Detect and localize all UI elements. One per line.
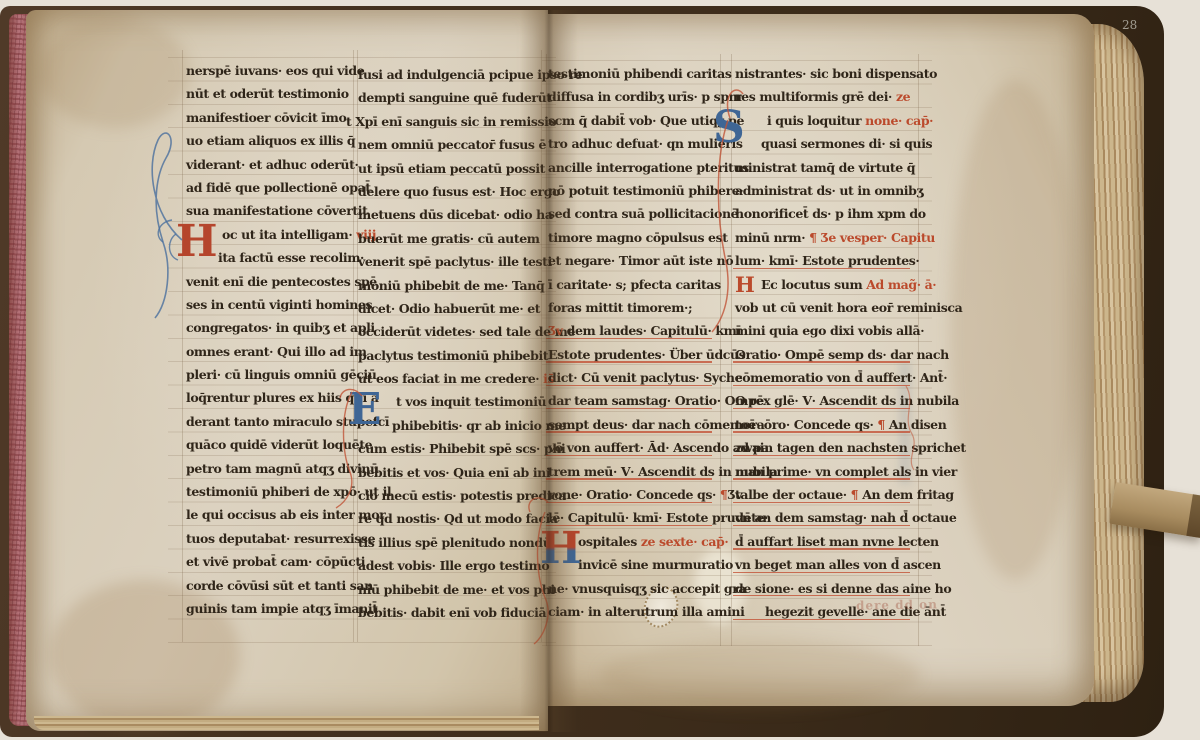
ink-text: uo etiam aliquos ex illis q̄: [186, 133, 355, 148]
ink-text: tuos deputabat· resurrexisse: [186, 531, 375, 546]
parchment-stain: [600, 640, 920, 710]
ink-text: O rex glē· V· Ascendit ds in nubila: [735, 393, 959, 408]
ink-text: Oratio· Ompē semp ds· dar nach: [735, 347, 949, 362]
text-line: cōmemoratio von d̄ auffert· Ant̄·: [735, 366, 918, 389]
text-line: niū phibebit de me· et vos phi: [358, 578, 540, 601]
text-line: derant tanto miraculo stupefcī: [186, 410, 354, 433]
text-line: fusi ad indulgenciā pcipue ipso re: [358, 63, 540, 86]
illuminated-initial-S: S: [713, 105, 744, 151]
bleed-through-text: dere dd on: [856, 597, 938, 612]
ink-text: manifestioer cōvicit īmo: [186, 110, 346, 125]
text-line: quasi sermones di· si quis: [735, 132, 918, 155]
text-line: tis illius spē plenitudo nondū: [358, 531, 540, 554]
text-line: d̄ auffart liset man nvne lecten: [735, 530, 918, 553]
text-line: ut ipsū etiam peccatū possit: [358, 157, 540, 180]
ink-text: honorificet̄ ds· p ihm xpm do: [735, 206, 926, 221]
rubric-text: ¶ Ʒe vesper· Capitu: [809, 230, 935, 245]
ink-text: ses in centū viginti homines: [186, 297, 372, 312]
ink-text: le qui occisus ab eis inter mor: [186, 507, 385, 522]
ink-text: res multiformis grē dei·: [735, 89, 896, 104]
text-line: quāco quidē viderūt loquēte: [186, 433, 354, 456]
ink-text: de sione· es si denne das aine ho: [735, 581, 951, 596]
text-line: Oratio· Ompē semp ds· dar nach: [735, 343, 918, 366]
ink-text: dicet· Odio habuerūt me· et: [358, 301, 540, 316]
ink-text: petro tam magnū atqʒ divinū: [186, 461, 379, 476]
text-line: zwain tagen den nachsten sprichet: [735, 436, 918, 459]
ink-text: sempt deus· dar nach cōmemora: [548, 417, 764, 432]
ink-text: moniū phibebit de me· Tanq̄: [358, 278, 544, 293]
text-line: congregatos· in quibʒ et apli: [186, 316, 354, 339]
illuminated-initial-H: H: [735, 273, 754, 296]
rubric-text: ze: [896, 89, 910, 104]
rubric-text: none· cap̄·: [865, 113, 933, 128]
ink-text: quāco quidē viderūt loquēte: [186, 437, 372, 452]
gutter-fold-shadow: [520, 10, 578, 732]
text-line: adest vobis· Ille ergo testimo: [358, 554, 540, 577]
text-line: le qui occisus ab eis inter mor: [186, 503, 354, 526]
text-line: dempti sanguine quē fuderūt·: [358, 86, 540, 109]
text-line: bebitis· dabit enī vob fiduciā: [358, 601, 540, 624]
text-line: venerit spē paclytus· ille testi: [358, 250, 540, 273]
ink-text: et vivē probat̄ cam· cōpūcti: [186, 554, 365, 569]
ink-text: Ec locutus sum: [761, 277, 866, 292]
text-line: loq̄rentur plures ex hiis qui a: [186, 386, 354, 409]
ink-text: i quis loquitur: [767, 113, 865, 128]
text-line: metuens dūs dicebat· odio ha: [358, 203, 540, 226]
ink-text: t: [346, 114, 355, 129]
text-line: vn an dem samstag· nah d̄ octaue: [735, 506, 918, 529]
text-line: pleri· cū linguis omniū gēciū: [186, 363, 354, 386]
ink-text: administrat ds· ut in omnibʒ: [735, 183, 923, 198]
ink-text: quasi sermones di· si quis: [761, 136, 932, 151]
text-line: paclytus testimoniū phibebit: [358, 344, 540, 367]
text-line: re qd nostis· Qd ut modo facia: [358, 507, 540, 530]
ink-text: dem laudes· Capitulū· kmī: [567, 323, 741, 338]
bottom-page-edges: [34, 716, 539, 730]
ink-text: vn an dem samstag· nah d̄ octaue: [735, 510, 956, 525]
text-line: buerūt me gratis· cū autem: [358, 227, 540, 250]
text-line: manifestioer cōvicit īmo: [186, 106, 354, 129]
text-line: nistrantes· sic boni dispensato: [735, 62, 918, 85]
ink-text: vn beget man alles von d̄ ascen: [735, 557, 941, 572]
folio-number: 28: [1122, 18, 1137, 32]
text-line: honorificet̄ ds· p ihm xpm do: [735, 202, 918, 225]
text-line: Ec locutus sum Ad mag̃· ā·: [735, 273, 918, 296]
text-line: lum· kmī· Estote prudentes·: [735, 249, 918, 272]
ink-text: cōmemoratio von d̄ auffert· Ant̄·: [735, 370, 947, 385]
text-line: ad fidē que pollectionē opat̄: [186, 176, 354, 199]
ink-text: venit enī die pentecostes spē: [186, 274, 377, 289]
ink-text: man prime· vn complet als in vier: [735, 464, 957, 479]
text-line: vn beget man alles von d̄ ascen: [735, 553, 918, 576]
text-line: cum estis· Phibebit spē scs· phi: [358, 437, 540, 460]
ink-text: dar team samstag· Oratio· Ompē: [548, 393, 764, 408]
text-line: uo etiam aliquos ex illis q̄: [186, 129, 354, 152]
ink-text: invicē sine murmuratio: [578, 557, 733, 572]
text-line: moniū phibebit de me· Tanq̄: [358, 274, 540, 297]
ink-text: oc ut ita intelligam·: [222, 227, 356, 242]
text-line: phibebitis· qr ab inicio me: [358, 414, 540, 437]
ink-text: mini quia ego dixi vobis allā·: [735, 323, 924, 338]
text-line: nūt et oderūt testimonio: [186, 82, 354, 105]
text-line: bebitis et vos· Quia enī ab ini: [358, 461, 540, 484]
ink-text: minū nrm·: [735, 230, 809, 245]
ink-text: ministrat tamq̄ de virtute q̄: [735, 160, 915, 175]
text-line: ut eos faciat in me credere· is̄: [358, 367, 540, 390]
ink-text: buerūt me gratis· cū autem: [358, 231, 540, 246]
ink-text: ita factū esse recolim·: [218, 250, 364, 265]
text-line: et vivē probat̄ cam· cōpūcti: [186, 550, 354, 573]
rubric-text: ¶: [851, 487, 863, 502]
ink-text: nūt et oderūt testimonio: [186, 86, 349, 101]
ink-text: guinis tam impie atqʒ īmanit̄: [186, 601, 378, 616]
text-line: man prime· vn complet als in vier: [735, 460, 918, 483]
ink-text: omnes erant· Qui illo ad im: [186, 344, 367, 359]
text-line: minū nrm· ¶ Ʒe vesper· Capitu: [735, 226, 918, 249]
rubric-text: ze sexte· cap̄·: [641, 534, 728, 549]
ink-text: talbe der octaue·: [735, 487, 851, 502]
text-line: testimoniū phiberi de xpō· ut il: [186, 480, 354, 503]
ink-text: pleri· cū linguis omniū gēciū: [186, 367, 376, 382]
text-line: mini quia ego dixi vobis allā·: [735, 319, 918, 342]
text-line: viderant· et adhuc oderūt·: [186, 153, 354, 176]
ink-text: nistrantes· sic boni dispensato: [735, 66, 937, 81]
rubric-text: Ad mag̃· ā·: [866, 277, 936, 292]
text-line: ses in centū viginti homines: [186, 293, 354, 316]
text-line: O rex glē· V· Ascendit ds in nubila: [735, 389, 918, 412]
rubric-text: ¶: [877, 417, 889, 432]
ink-text: bebitis· dabit enī vob fiduciā: [358, 605, 546, 620]
ink-text: lum· kmī· Estote prudentes·: [735, 253, 919, 268]
text-line: cio mecū estis· potestis predica: [358, 484, 540, 507]
text-line: venit enī die pentecostes spē: [186, 270, 354, 293]
text-line: petro tam magnū atqʒ divinū: [186, 457, 354, 480]
text-line: toē· ōro· Concede qs· ¶ An disen: [735, 413, 918, 436]
text-line: nerspē iuvans· eos qui vide: [186, 59, 354, 82]
ink-text: zwain tagen den nachsten sprichet: [735, 440, 966, 455]
ink-text: congregatos· in quibʒ et apli: [186, 320, 375, 335]
text-line: res multiformis grē dei· ze: [735, 85, 918, 108]
text-column-left-a: nerspē iuvans· eos qui videnūt et oderūt…: [186, 59, 354, 620]
parchment-stain: [950, 80, 1080, 580]
text-column-left-b: fusi ad indulgenciā pcipue ipso redempti…: [358, 63, 540, 624]
manuscript-photo: nerspē iuvans· eos qui videnūt et oderūt…: [0, 0, 1200, 740]
ink-text: d̄ auffart liset man nvne lecten: [735, 534, 939, 549]
text-line: omnes erant· Qui illo ad im: [186, 340, 354, 363]
ink-text: ut ipsū etiam peccatū possit: [358, 161, 545, 176]
ink-text: ancille interrogatione pteritus: [548, 160, 749, 175]
ink-text: vob ut cū venit hora eor̄ reminisca: [735, 300, 962, 315]
ruling-vertical: [182, 50, 183, 642]
text-line: i quis loquitur none· cap̄·: [735, 109, 918, 132]
ink-text: ospitales: [578, 534, 641, 549]
illuminated-initial-H: H: [176, 219, 217, 265]
ink-text: ut eos faciat in me credere·: [358, 371, 543, 386]
ink-text: corde cōvūsi sūt et tanti san: [186, 578, 373, 593]
ink-text: toē· ōro· Concede qs·: [735, 417, 877, 432]
ink-text: An disen: [889, 417, 947, 432]
text-line: tuos deputabat· resurrexisse: [186, 527, 354, 550]
text-line: occiderūt videtes· sed tale de me: [358, 320, 540, 343]
ink-text: An dem fritag: [862, 487, 954, 502]
text-line: talbe der octaue· ¶ An dem fritag: [735, 483, 918, 506]
text-line: nem omniū peccator̄ fusus ē: [358, 133, 540, 156]
text-line: administrat ds· ut in omnibʒ: [735, 179, 918, 202]
text-line: dicet· Odio habuerūt me· et: [358, 297, 540, 320]
illuminated-initial-E: E: [348, 387, 381, 433]
ink-text: ad fidē que pollectionē opat̄: [186, 180, 371, 195]
text-line: de sione· es si denne das aine ho: [735, 577, 918, 600]
ink-text: nerspē iuvans· eos qui vide: [186, 63, 364, 78]
text-line: corde cōvūsi sūt et tanti san: [186, 574, 354, 597]
text-line: t vos inquit testimoniū: [358, 390, 540, 413]
text-line: ministrat tamq̄ de virtute q̄: [735, 156, 918, 179]
text-column-right-b: nistrantes· sic boni dispensatores multi…: [735, 62, 918, 623]
ink-text: nem omniū peccator̄ fusus ē: [358, 137, 546, 152]
text-line: t Xpī enī sanguis sic in remissio: [346, 110, 540, 133]
ink-text: viderant· et adhuc oderūt·: [186, 157, 358, 172]
text-line: delere quo fusus est· Hoc ergo: [358, 180, 540, 203]
text-line: vob ut cū venit hora eor̄ reminisca: [735, 296, 918, 319]
text-line: guinis tam impie atqʒ īmanit̄: [186, 597, 354, 620]
